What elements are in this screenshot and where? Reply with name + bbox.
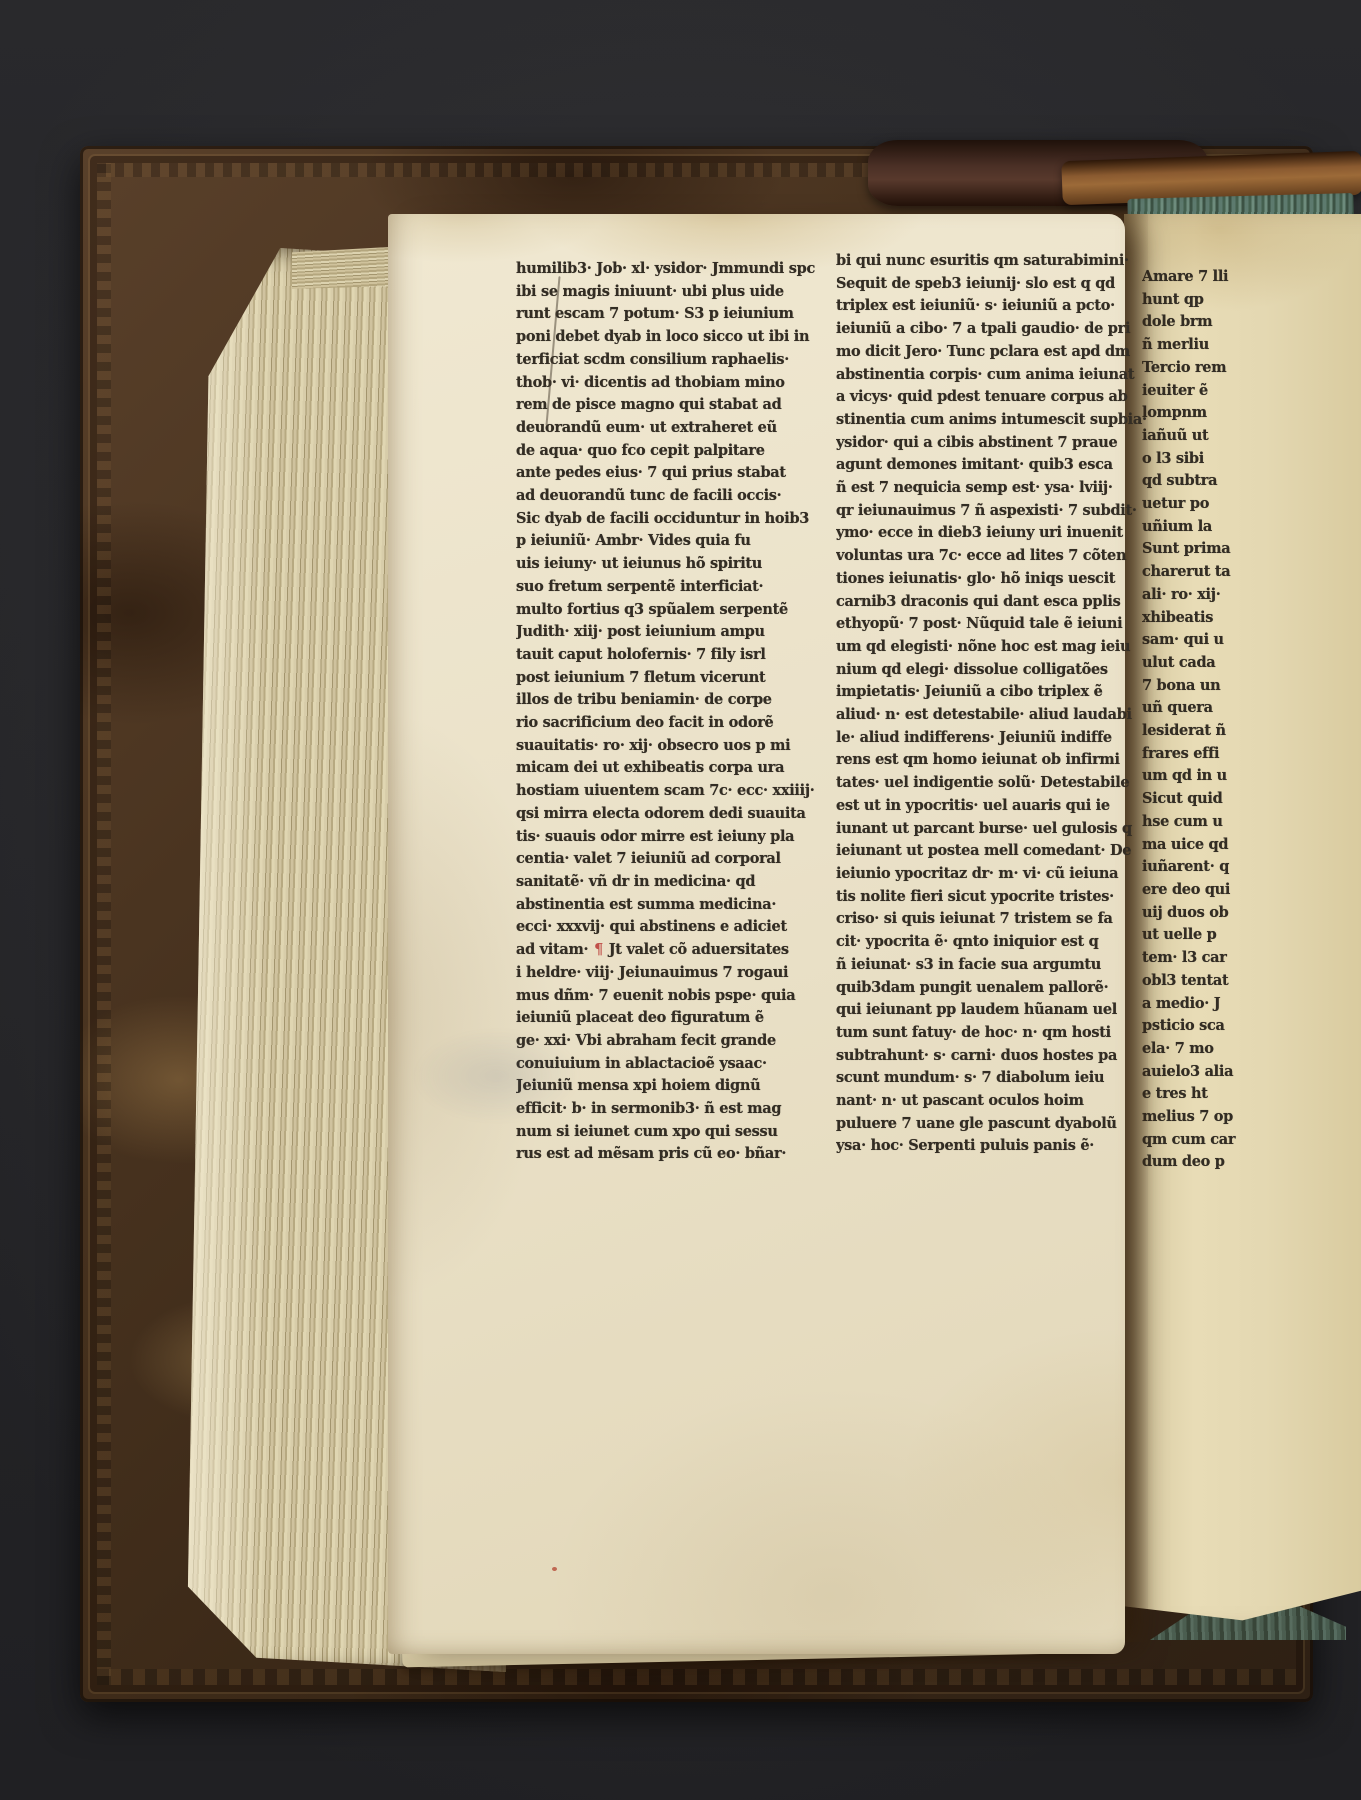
manuscript-text-line: um qd elegisti· nõne hoc est mag ieiu xyxy=(836,635,1158,659)
manuscript-text-line: nium qd elegi· dissolue colligatões xyxy=(836,658,1158,682)
manuscript-text-line: i heldre· viij· Jeiunauimus 7 rogaui xyxy=(516,961,840,985)
manuscript-text-line: ut uelle p xyxy=(1142,924,1361,948)
manuscript-text-line: o l3 sibi xyxy=(1142,447,1361,471)
manuscript-text-line: micam dei ut exhibeatis corpa ura xyxy=(516,757,840,781)
manuscript-text-line: ñ merliu xyxy=(1142,334,1361,358)
manuscript-text-line: poni debet dyab in loco sicco ut ibi in xyxy=(516,326,840,350)
manuscript-text-line: hostiam uiuentem scam 7c· ecc· xxiiij· xyxy=(516,780,840,804)
manuscript-text-line: triplex est ieiuniũ· s· ieiuniũ a pcto· xyxy=(836,295,1158,319)
manuscript-text-line: tauit caput holofernis· 7 fily isrl xyxy=(516,643,840,667)
manuscript-text-line: ymo· ecce in dieb3 ieiuny uri inuenit xyxy=(836,522,1158,546)
manuscript-text-line: psticio sca xyxy=(1142,1015,1361,1039)
manuscript-text-line: rus est ad mẽsam pris cũ eo· bñar· xyxy=(516,1143,840,1167)
manuscript-text-line: ieiunant ut postea mell comedant· De xyxy=(836,840,1158,864)
manuscript-text-line: hse cum u xyxy=(1142,810,1361,834)
manuscript-text-line: centia· valet 7 ieiuniũ ad corporal xyxy=(516,848,840,872)
manuscript-text-line: iunant ut parcant burse· uel gulosis q xyxy=(836,817,1158,841)
manuscript-text-line: abstinentia est summa medicina· xyxy=(516,893,840,917)
manuscript-text-line: uetur po xyxy=(1142,493,1361,517)
manuscript-text-line: illos de tribu beniamin· de corpe xyxy=(516,689,840,713)
manuscript-text-line: charerut ta xyxy=(1142,561,1361,585)
next-page-sliver: Amare 7 llihunt qpdole brmñ merliuTercio… xyxy=(1124,214,1361,1626)
manuscript-text-line: thob· vi· dicentis ad thobiam mino xyxy=(516,371,840,395)
manuscript-text-line: mus dñm· 7 euenit nobis pspe· quia xyxy=(516,984,840,1008)
manuscript-text-line: suo fretum serpentẽ interficiat· xyxy=(516,575,840,599)
manuscript-text-line: carnib3 draconis qui dant esca pplis xyxy=(836,590,1158,614)
manuscript-text-line: ieiuniũ a cibo· 7 a tpali gaudio· de pri xyxy=(836,318,1158,342)
manuscript-text-line: humilib3· Job· xl· ysidor· Jmmundi spc xyxy=(516,258,840,282)
text-column-2: bi qui nunc esuritis qm saturabimini·Seq… xyxy=(836,250,1158,1158)
manuscript-text-line: rio sacrificium deo facit in odorẽ xyxy=(516,712,840,736)
manuscript-text-line: abstinentia corpis· cum anima ieiunat xyxy=(836,363,1158,387)
ink-show-through xyxy=(412,1028,582,1124)
manuscript-text-line: frares effi xyxy=(1142,742,1361,766)
manuscript-text-line: tates· uel indigentie solũ· Detestabile xyxy=(836,772,1158,796)
manuscript-text-line: ieuiter ẽ xyxy=(1142,379,1361,403)
manuscript-text-line: uñium la xyxy=(1142,515,1361,539)
manuscript-text-line: rem de pisce magno qui stabat ad xyxy=(516,394,840,418)
manuscript-text-line: cit· ypocrita ẽ· qnto iniquior est q xyxy=(836,931,1158,955)
manuscript-text-line: est ut in ypocritis· uel auaris qui ie xyxy=(836,794,1158,818)
manuscript-text-line: nant· n· ut pascant oculos hoim xyxy=(836,1090,1158,1114)
manuscript-text-line: ieiuniũ placeat deo figuratum ẽ xyxy=(516,1007,840,1031)
manuscript-text-line: tem· l3 car xyxy=(1142,947,1361,971)
manuscript-text-line: post ieiunium 7 fletum vicerunt xyxy=(516,666,840,690)
manuscript-text-line: dum deo p xyxy=(1142,1151,1361,1175)
manuscript-text-line: ethyopũ· 7 post· Nũquid tale ẽ ieiuni xyxy=(836,613,1158,637)
manuscript-text-line: 7 bona un xyxy=(1142,674,1361,698)
manuscript-text-line: rens est qm homo ieiunat ob infirmi xyxy=(836,749,1158,773)
manuscript-text-line: aliud· n· est detestabile· aliud laudabi xyxy=(836,704,1158,728)
manuscript-text-line: quib3dam pungit uenalem pallorẽ· xyxy=(836,976,1158,1000)
manuscript-text-line: qd subtra xyxy=(1142,470,1361,494)
manuscript-text-line: tis· suauis odor mirre est ieiuny pla xyxy=(516,825,840,849)
manuscript-text-line: Sic dyab de facili occiduntur in hoib3 xyxy=(516,507,840,531)
manuscript-text-line: ela· 7 mo xyxy=(1142,1037,1361,1061)
manuscript-text-line: melius 7 op xyxy=(1142,1106,1361,1130)
manuscript-text-line: runt escam 7 potum· S3 p ieiunium xyxy=(516,303,840,327)
manuscript-text-line: ulut cada xyxy=(1142,651,1361,675)
manuscript-text-line: dole brm xyxy=(1142,311,1361,335)
red-ink-speck xyxy=(552,1567,557,1571)
manuscript-text-line: Sunt prima xyxy=(1142,538,1361,562)
manuscript-text-line: ñ est 7 nequicia semp est· ysa· lviij· xyxy=(836,477,1158,501)
manuscript-text-line: sanitatẽ· vñ dr in medicina· qd xyxy=(516,871,840,895)
manuscript-text-line: ñ ieiunat· s3 in facie sua argumtu xyxy=(836,953,1158,977)
manuscript-text-line: multo fortius q3 spũalem serpentẽ xyxy=(516,598,840,622)
manuscript-text-line: terficiat scdm consilium raphaelis· xyxy=(516,348,840,372)
manuscript-text-line: Tercio rem xyxy=(1142,356,1361,380)
manuscript-text-line: uij duos ob xyxy=(1142,901,1361,925)
manuscript-text-line: bi qui nunc esuritis qm saturabimini· xyxy=(836,250,1158,274)
manuscript-text-line: agunt demones imitant· quib3 esca xyxy=(836,454,1158,478)
manuscript-text-line: qm cum car xyxy=(1142,1128,1361,1152)
manuscript-photo: Amare 7 llihunt qpdole brmñ merliuTercio… xyxy=(0,0,1361,1800)
manuscript-text-line: a medio· J xyxy=(1142,992,1361,1016)
manuscript-text-line: Sequit de speb3 ieiunij· slo est q qd xyxy=(836,272,1158,296)
manuscript-text-line: qr ieiunauimus 7 ñ aspexisti· 7 subdit· xyxy=(836,499,1158,523)
manuscript-text-line: ad vitam· ¶ Jt valet cõ aduersitates xyxy=(516,939,840,963)
manuscript-text-line: iañuũ ut xyxy=(1142,424,1361,448)
manuscript-text-line: qui ieiunant pp laudem hũanam uel xyxy=(836,999,1158,1023)
manuscript-text-line: ante pedes eius· 7 qui prius stabat xyxy=(516,462,840,486)
manuscript-text-line: Amare 7 lli xyxy=(1142,266,1361,290)
manuscript-text-line: ma uice qd xyxy=(1142,833,1361,857)
manuscript-text-line: le· aliud indifferens· Jeiuniũ indiffe xyxy=(836,726,1158,750)
manuscript-text-line: suauitatis· ro· xij· obsecro uos p mi xyxy=(516,734,840,758)
manuscript-text-line: xhibeatis xyxy=(1142,606,1361,630)
manuscript-text-line: a vicys· quid pdest tenuare corpus ab xyxy=(836,386,1158,410)
manuscript-text-line: criso· si quis ieiunat 7 tristem se fa xyxy=(836,908,1158,932)
manuscript-text-line: mo dicit Jero· Tunc pclara est apd dm xyxy=(836,340,1158,364)
manuscript-text-line: subtrahunt· s· carni· duos hostes pa xyxy=(836,1044,1158,1068)
manuscript-text-line: voluntas ura 7c· ecce ad lites 7 cõten xyxy=(836,545,1158,569)
manuscript-text-line: e tres ht xyxy=(1142,1083,1361,1107)
red-paraph-mark: ¶ xyxy=(593,941,604,959)
manuscript-text-line: lompnm xyxy=(1142,402,1361,426)
manuscript-text-line: impietatis· Jeiuniũ a cibo triplex ẽ xyxy=(836,681,1158,705)
manuscript-text-line: iuñarent· q xyxy=(1142,856,1361,880)
manuscript-text-line: ysidor· qui a cibis abstinent 7 praue xyxy=(836,431,1158,455)
manuscript-text-line: stinentia cum anims intumescit supbia· xyxy=(836,408,1158,432)
manuscript-text-line: Judith· xiij· post ieiunium ampu xyxy=(516,621,840,645)
manuscript-text-line: Sicut quid xyxy=(1142,788,1361,812)
manuscript-text-line: auielo3 alia xyxy=(1142,1060,1361,1084)
manuscript-text-line: ysa· hoc· Serpenti puluis panis ẽ· xyxy=(836,1135,1158,1159)
manuscript-text-line: um qd in u xyxy=(1142,765,1361,789)
manuscript-text-line: ere deo qui xyxy=(1142,879,1361,903)
manuscript-text-line: ad deuorandũ tunc de facili occis· xyxy=(516,485,840,509)
manuscript-text-line: obl3 tentat xyxy=(1142,969,1361,993)
sliver-text-column: Amare 7 llihunt qpdole brmñ merliuTercio… xyxy=(1142,266,1361,1174)
manuscript-text-line: uis ieiuny· ut ieiunus hõ spiritu xyxy=(516,553,840,577)
manuscript-text-line: deuorandũ eum· ut extraheret eũ xyxy=(516,416,840,440)
manuscript-text-line: de aqua· quo fco cepit palpitare xyxy=(516,439,840,463)
manuscript-text-line: sam· qui u xyxy=(1142,629,1361,653)
manuscript-text-line: hunt qp xyxy=(1142,288,1361,312)
manuscript-text-line: puluere 7 uane gle pascunt dyabolũ xyxy=(836,1112,1158,1136)
manuscript-text-line: num si ieiunet cum xpo qui sessu xyxy=(516,1120,840,1144)
left-page: humilib3· Job· xl· ysidor· Jmmundi spcib… xyxy=(388,214,1125,1654)
manuscript-text-line: ieiunio ypocritaz dr· m· vi· cũ ieiuna xyxy=(836,863,1158,887)
manuscript-text-line: ibi se magis iniuunt· ubi plus uide xyxy=(516,280,840,304)
manuscript-text-line: tum sunt fatuy· de hoc· n· qm hosti xyxy=(836,1021,1158,1045)
manuscript-text-line: p ieiuniũ· Ambr· Vides quia fu xyxy=(516,530,840,554)
text-column-1: humilib3· Job· xl· ysidor· Jmmundi spcib… xyxy=(516,258,840,1166)
manuscript-text-line: qsi mirra electa odorem dedi suauita xyxy=(516,802,840,826)
manuscript-text-line: tis nolite fieri sicut ypocrite tristes· xyxy=(836,885,1158,909)
manuscript-text-line: scunt mundum· s· 7 diabolum ieiu xyxy=(836,1067,1158,1091)
manuscript-text-line: uñ quera xyxy=(1142,697,1361,721)
manuscript-text-line: ali· ro· xij· xyxy=(1142,583,1361,607)
manuscript-text-line: lesiderat ñ xyxy=(1142,720,1361,744)
manuscript-text-line: ecci· xxxvij· qui abstinens e adiciet xyxy=(516,916,840,940)
manuscript-text-line: tiones ieiunatis· glo· hõ iniqs uescit xyxy=(836,567,1158,591)
